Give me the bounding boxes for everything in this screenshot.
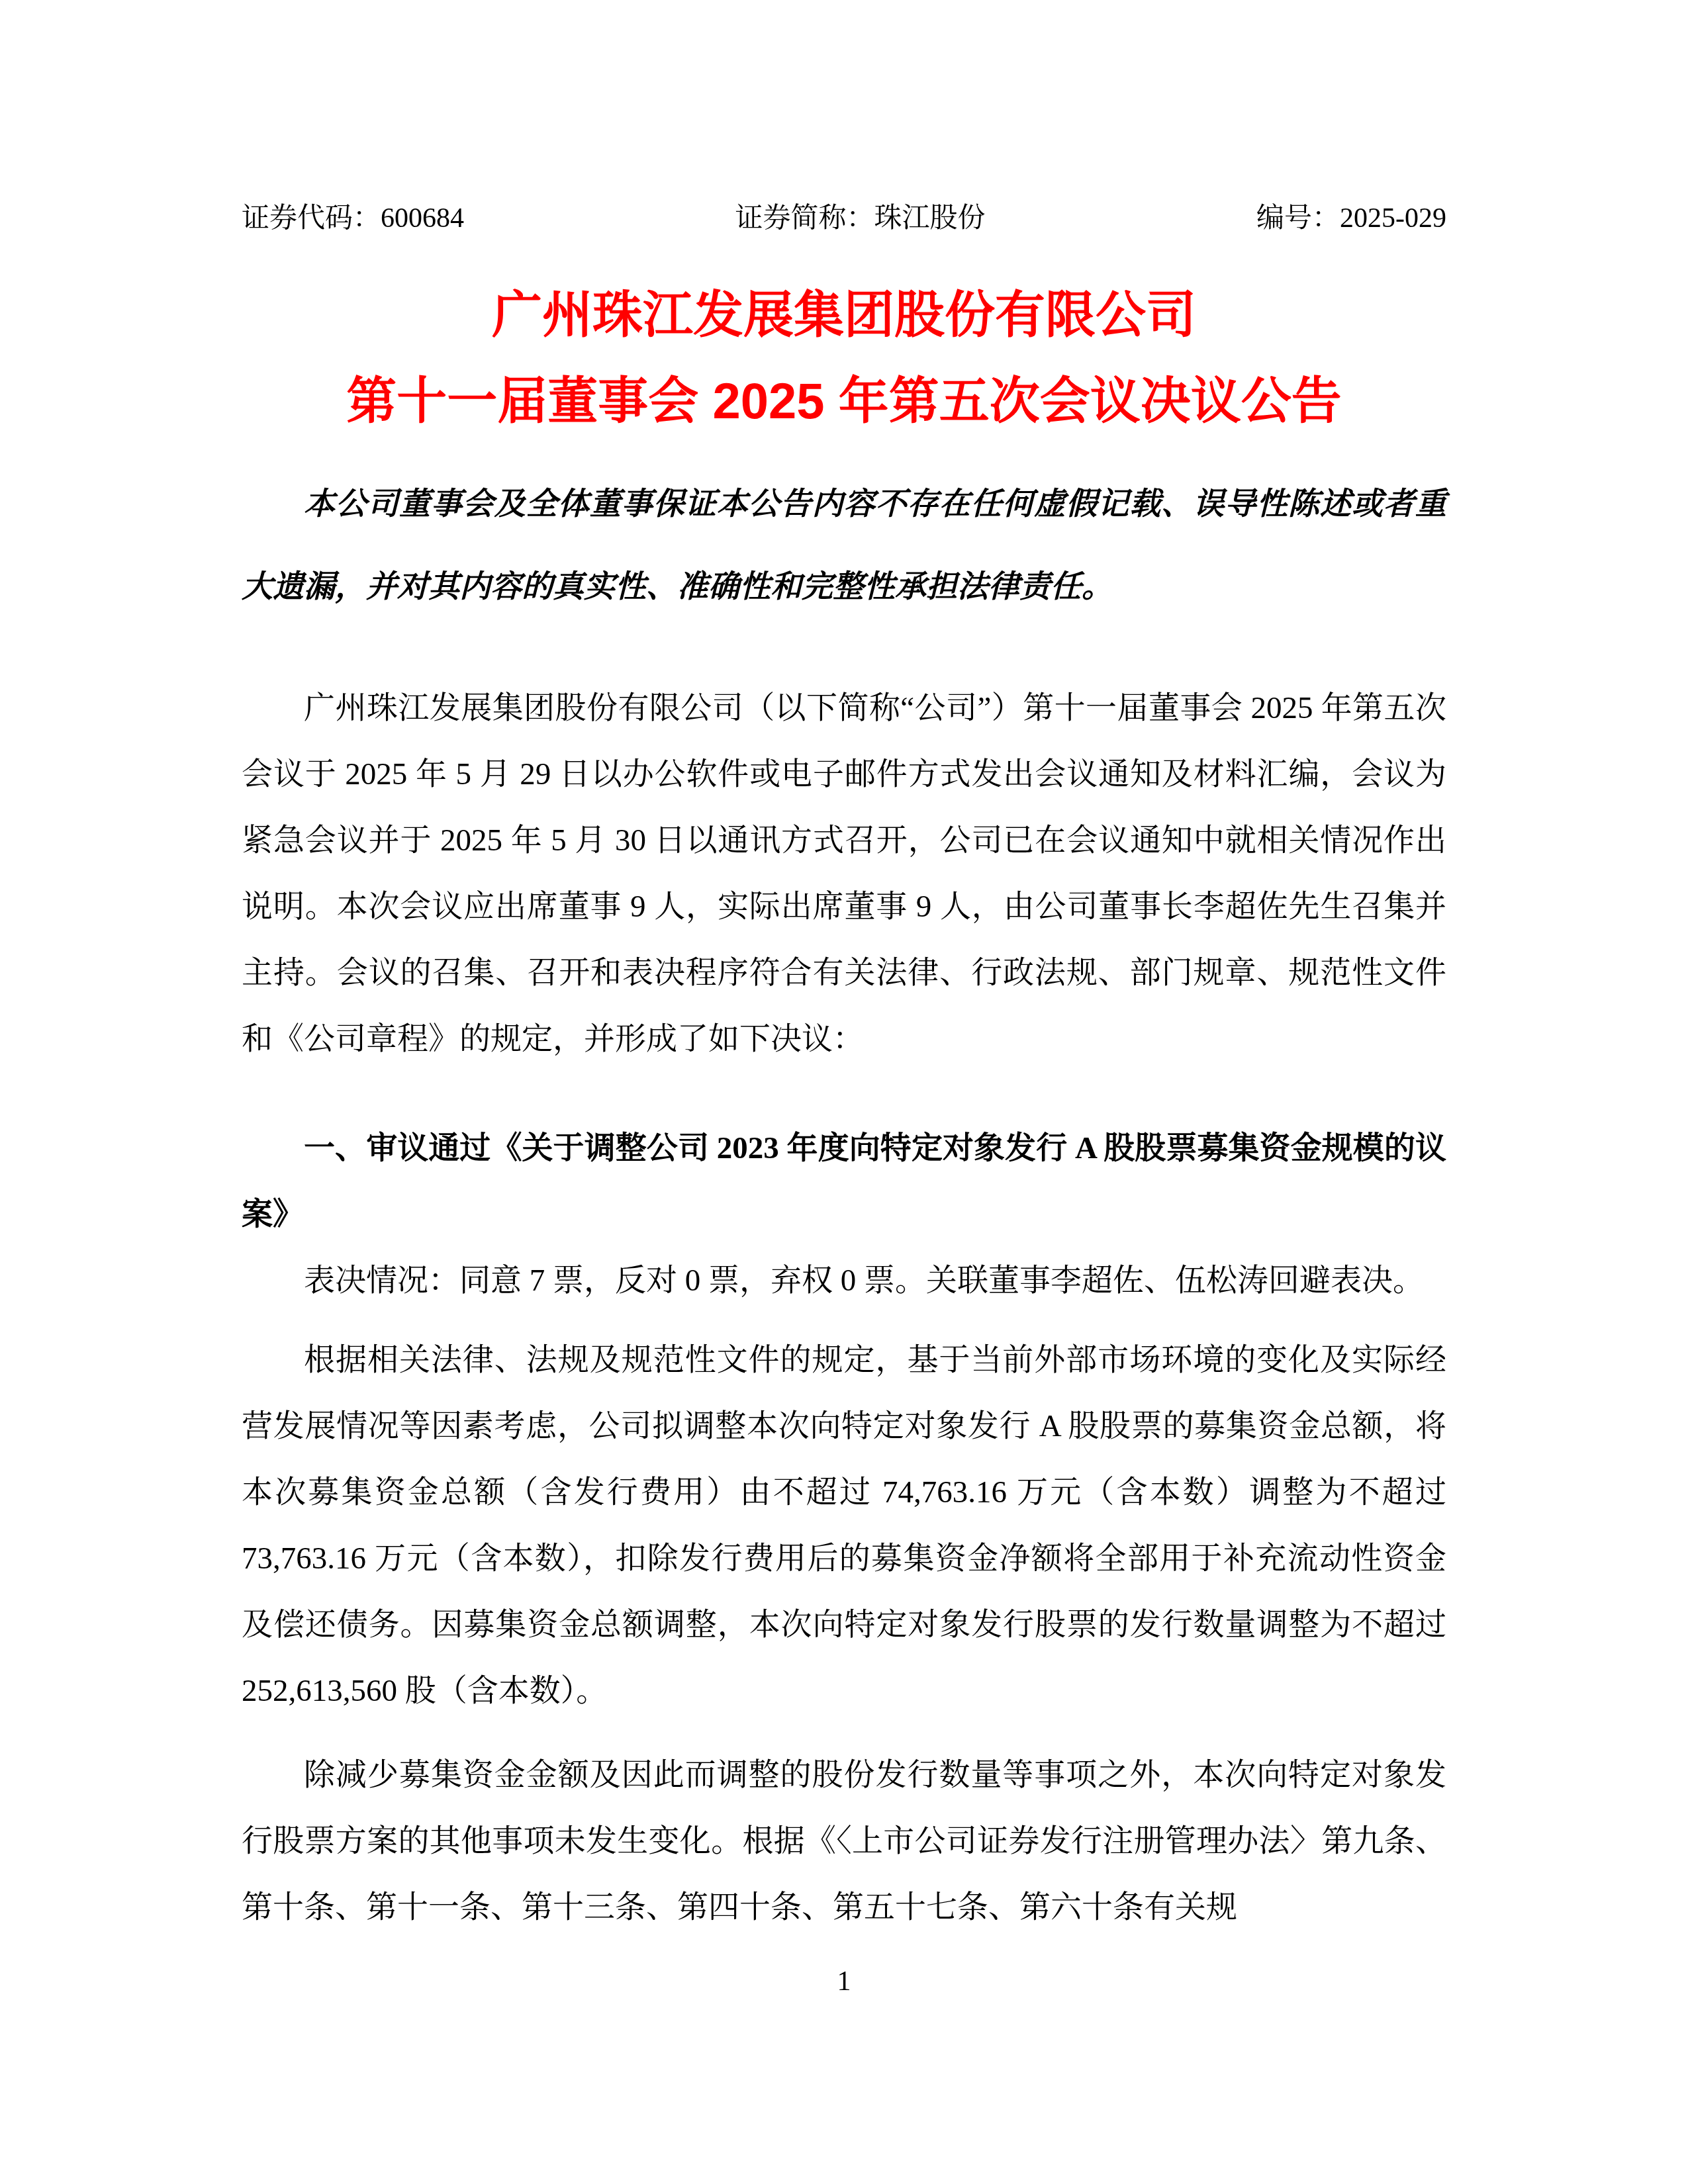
page-number: 1 xyxy=(837,1966,851,1997)
page-title-line-2: 第十一届董事会 2025 年第五次会议决议公告 xyxy=(242,359,1446,445)
page-footer: 1 xyxy=(242,1962,1446,2001)
paragraph-vote-result: 表决情况：同意 7 票，反对 0 票，弃权 0 票。关联董事李超佐、伍松涛回避表… xyxy=(242,1248,1446,1314)
page-title-line-1: 广州珠江发展集团股份有限公司 xyxy=(242,273,1446,359)
stock-code: 证券代码：600684 xyxy=(242,199,464,238)
document-header: 证券代码：600684 证券简称：珠江股份 编号：2025-029 xyxy=(242,199,1446,238)
page-title: 广州珠江发展集团股份有限公司 第十一届董事会 2025 年第五次会议决议公告 xyxy=(242,273,1446,445)
stock-name: 证券简称：珠江股份 xyxy=(735,199,986,238)
doc-number: 编号：2025-029 xyxy=(1256,199,1446,238)
section-heading-resolution-1: 一、审议通过《关于调整公司 2023 年度向特定对象发行 A 股股票募集资金规模… xyxy=(242,1115,1446,1248)
paragraph-fund-adjustment: 根据相关法律、法规及规范性文件的规定，基于当前外部市场环境的变化及实际经营发展情… xyxy=(242,1327,1446,1724)
paragraph-other-matters: 除减少募集资金金额及因此而调整的股份发行数量等事项之外，本次向特定对象发行股票方… xyxy=(242,1742,1446,1940)
board-disclaimer: 本公司董事会及全体董事保证本公告内容不存在任何虚假记载、误导性陈述或者重大遗漏，… xyxy=(242,463,1446,629)
paragraph-meeting-info: 广州珠江发展集团股份有限公司（以下简称“公司”）第十一届董事会 2025 年第五… xyxy=(242,675,1446,1072)
document-page: 证券代码：600684 证券简称：珠江股份 编号：2025-029 广州珠江发展… xyxy=(0,0,1688,2184)
